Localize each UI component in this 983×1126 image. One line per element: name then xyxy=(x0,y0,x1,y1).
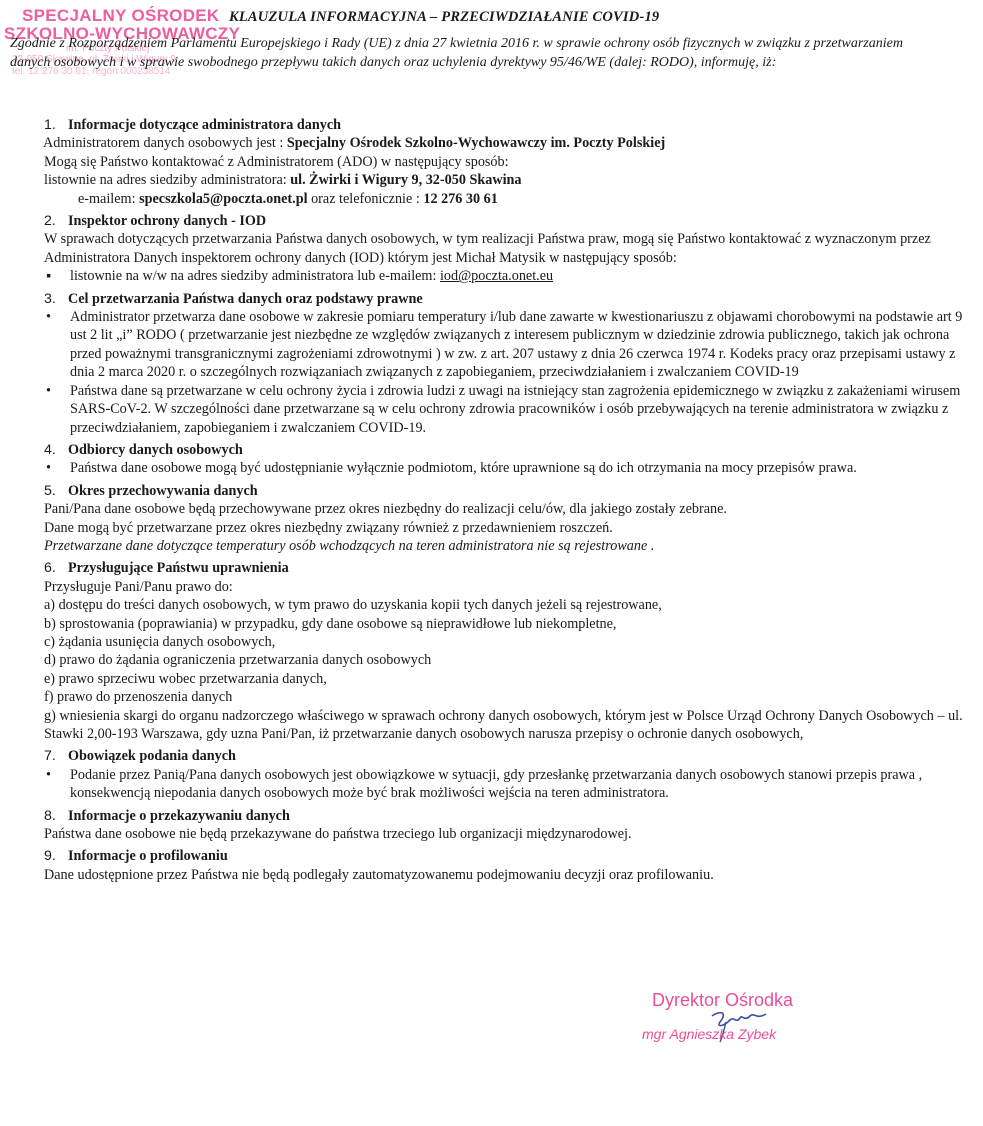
retention-line-2: Dane mogą być przetwarzane przez okres n… xyxy=(44,519,964,537)
section-number: 1. xyxy=(44,116,68,134)
retention-line-3: Przetwarzane dane dotyczące temperatury … xyxy=(44,537,964,555)
section-4-heading: 4.Odbiorcy danych osobowych xyxy=(44,441,964,459)
document-title: KLAUZULA INFORMACYJNA – PRZECIWDZIAŁANIE… xyxy=(229,9,659,26)
section-3-heading: 3.Cel przetwarzania Państwa danych oraz … xyxy=(44,290,964,308)
section-9-heading: 9.Informacje o profilowaniu xyxy=(44,847,964,865)
square-bullet-icon: ▪ xyxy=(46,267,51,285)
section-7-heading: 7.Obowiązek podania danych xyxy=(44,747,964,765)
admin-email: specszkola5@poczta.onet.pl xyxy=(139,191,307,207)
postal-address-line: listownie na adres siedziby administrato… xyxy=(44,171,964,189)
email-phone-line: e-mailem: specszkola5@poczta.onet.pl ora… xyxy=(44,190,964,208)
contact-intro: Mogą się Państwo kontaktować z Administr… xyxy=(44,153,964,171)
transfer-text: Państwa dane osobowe nie będą przekazywa… xyxy=(44,825,964,843)
postal-address: ul. Żwirki i Wigury 9, 32-050 Skawina xyxy=(290,172,521,188)
profiling-text: Dane udostępnione przez Państwa nie będą… xyxy=(44,866,964,884)
intro-paragraph: Zgodnie z Rozporządzeniem Parlamentu Eur… xyxy=(10,34,910,72)
iod-paragraph: W sprawach dotyczących przetwarzania Pań… xyxy=(44,230,964,267)
purpose-bullet-2: • Państwa dane są przetwarzane w celu oc… xyxy=(44,382,964,437)
rights-item: e) prawo sprzeciwu wobec przetwarzania d… xyxy=(44,670,964,688)
purpose-bullet-1: • Administrator przetwarza dane osobowe … xyxy=(44,308,964,382)
rights-item: a) dostępu do treści danych osobowych, w… xyxy=(44,596,964,614)
recipients-bullet: • Państwa dane osobowe mogą być udostępn… xyxy=(44,459,964,477)
administrator-line: Administratorem danych osobowych jest : … xyxy=(43,134,964,152)
iod-email-link[interactable]: iod@poczta.onet.eu xyxy=(440,268,553,284)
section-5-heading: 5.Okres przechowywania danych xyxy=(44,482,964,500)
section-2-heading: 2.Inspektor ochrony danych - IOD xyxy=(44,212,964,230)
rights-item: b) sprostowania (poprawiania) w przypadk… xyxy=(44,615,964,633)
administrator-name: Specjalny Ośrodek Szkolno-Wychowawczy im… xyxy=(287,135,665,151)
retention-line-1: Pani/Pana dane osobowe będą przechowywan… xyxy=(44,500,964,518)
bullet-icon: • xyxy=(46,459,51,477)
signature-name: mgr Agnieszka Zybek xyxy=(642,1026,776,1042)
stamp-line-1: SPECJALNY OŚRODEK xyxy=(22,6,220,26)
iod-contact-bullet: ▪ listownie na w/w na adres siedziby adm… xyxy=(44,267,964,285)
section-1-heading: 1.Informacje dotyczące administratora da… xyxy=(44,116,964,134)
document-body: 1.Informacje dotyczące administratora da… xyxy=(44,112,964,884)
rights-item: g) wniesienia skargi do organu nadzorcze… xyxy=(44,707,964,744)
section-6-heading: 6.Przysługujące Państwu uprawnienia xyxy=(44,559,964,577)
rights-item: f) prawo do przenoszenia danych xyxy=(44,688,964,706)
rights-item: d) prawo do żądania ograniczenia przetwa… xyxy=(44,651,964,669)
bullet-icon: • xyxy=(46,766,51,784)
bullet-icon: • xyxy=(46,308,51,326)
rights-item: c) żądania usunięcia danych osobowych, xyxy=(44,633,964,651)
obligation-bullet: • Podanie przez Panią/Pana danych osobow… xyxy=(44,766,964,803)
section-8-heading: 8.Informacje o przekazywaniu danych xyxy=(44,807,964,825)
admin-phone: 12 276 30 61 xyxy=(423,191,497,207)
rights-intro: Przysługuje Pani/Panu prawo do: xyxy=(44,578,964,596)
bullet-icon: • xyxy=(46,382,51,400)
